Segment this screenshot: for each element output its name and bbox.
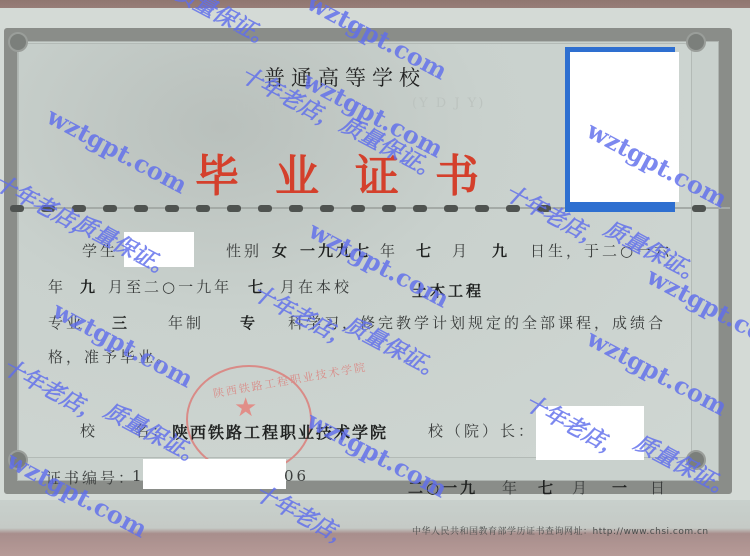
dash-ornament xyxy=(444,205,458,212)
duration-value: 三 xyxy=(112,312,130,333)
ghost-text-left: (中 国) xyxy=(235,96,285,115)
certificate-header: 普通高等学校 xyxy=(264,62,426,92)
end-month: 七 xyxy=(248,276,266,297)
photo-redacted xyxy=(570,52,679,202)
cert-no-redacted xyxy=(143,459,286,489)
month-char: 月 xyxy=(452,240,470,261)
dash-ornament xyxy=(72,205,86,212)
corner-ornament-icon xyxy=(8,32,28,52)
corner-ornament-icon xyxy=(8,450,28,470)
birth-year: 一九九七 xyxy=(300,240,372,261)
major-value: 土木工程 xyxy=(412,280,484,301)
line2-mid: 月至二○一九年 xyxy=(108,276,232,297)
issue-year: 二○一九 xyxy=(408,477,478,498)
dash-ornament xyxy=(227,205,241,212)
school-label: 校 名： xyxy=(80,420,170,441)
dash-ornament xyxy=(196,205,210,212)
cert-no-label: 证书编号： xyxy=(46,467,136,488)
dash-ornament xyxy=(10,205,24,212)
start-month: 九 xyxy=(80,276,98,297)
birth-day: 九 xyxy=(492,240,510,261)
corner-ornament-icon xyxy=(686,32,706,52)
dash-ornament xyxy=(413,205,427,212)
president-label: 校（院）长： xyxy=(428,420,536,441)
level-value: 专 xyxy=(240,312,258,333)
student-label: 学生 xyxy=(82,240,118,261)
born-text: 日生，于二○一六 xyxy=(530,240,672,261)
dash-ornament xyxy=(165,205,179,212)
issue-month-char: 月 xyxy=(572,477,590,498)
year-char: 年 xyxy=(380,240,398,261)
dash-ornament xyxy=(475,205,489,212)
gender-label: 性别 xyxy=(226,240,262,261)
verification-footer: 中华人民共和国教育部学历证书查询网址：http://www.chsi.com.c… xyxy=(412,524,709,537)
major-label: 专业 xyxy=(48,312,84,333)
dash-ornament xyxy=(103,205,117,212)
line2-suffix: 月在本校 xyxy=(280,276,352,297)
issue-day-char: 日 xyxy=(650,477,668,498)
dash-ornament xyxy=(537,205,551,212)
dash-ornament xyxy=(692,205,706,212)
line2-prefix: 年 xyxy=(48,276,66,297)
dash-ornament xyxy=(134,205,148,212)
dash-ornament xyxy=(320,205,334,212)
cert-no-end: 06 xyxy=(284,467,309,485)
president-name-redacted xyxy=(536,406,644,460)
line4-text: 格，准予毕业。 xyxy=(48,346,174,367)
issue-month: 七 xyxy=(538,477,556,498)
duration-label: 年制 xyxy=(168,312,204,333)
line3-text: 科学习，修完教学计划规定的全部课程，成绩合 xyxy=(288,312,666,333)
dash-ornament xyxy=(506,205,520,212)
dash-ornament xyxy=(258,205,272,212)
dash-ornament xyxy=(289,205,303,212)
seal-star-icon: ★ xyxy=(234,393,257,423)
dash-ornament xyxy=(382,205,396,212)
student-name-redacted xyxy=(124,232,194,267)
school-name: 陕西铁路工程职业技术学院 xyxy=(172,420,388,443)
corner-ornament-icon xyxy=(686,450,706,470)
issue-year-char: 年 xyxy=(502,477,520,498)
dash-ornament xyxy=(351,205,365,212)
issue-day: 一 xyxy=(612,477,630,498)
birth-month: 七 xyxy=(416,240,434,261)
gender-value: 女 xyxy=(272,240,290,261)
ghost-text-right: (Y D J Y) xyxy=(412,96,485,111)
dash-ornament xyxy=(41,205,55,212)
certificate-title: 毕业证书 xyxy=(195,140,515,204)
